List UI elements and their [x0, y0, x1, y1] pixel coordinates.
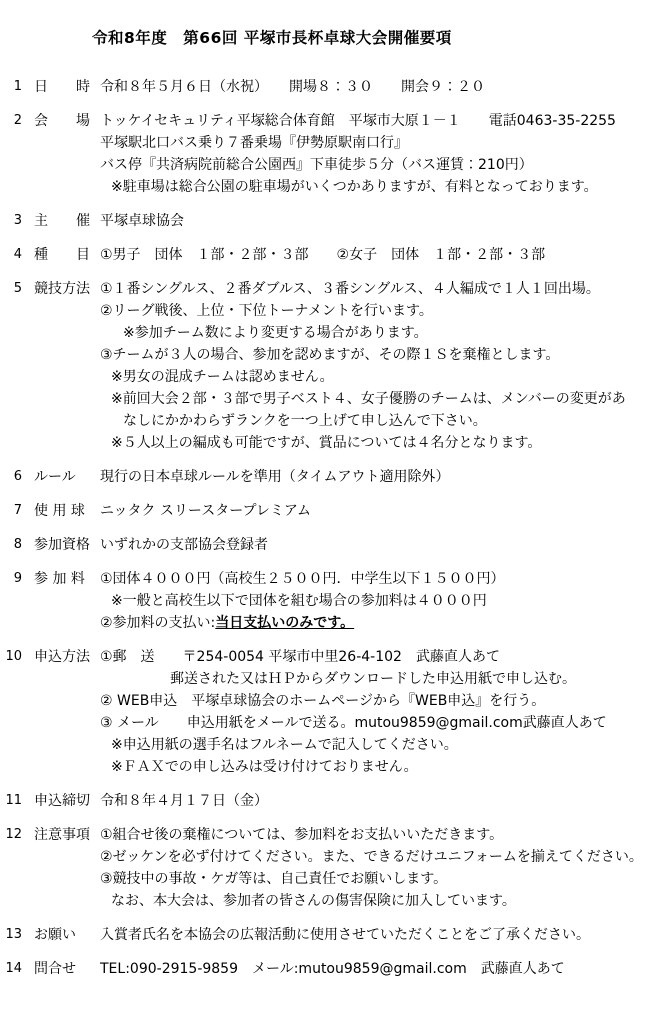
item-competition-method: 5 競技方法 ①１番シングルス、２番ダブルス、３番シングルス、４人編成で１人１回… [0, 278, 671, 454]
item-line: ※ＦＡＸでの申し込みは受け付けておりません。 [100, 756, 671, 778]
item-content: 令和８年４月１７日（金） [100, 790, 671, 812]
item-application-deadline: 11 申込締切 令和８年４月１７日（金） [0, 790, 671, 812]
item-line: ② WEB申込 平塚卓球協会のホームページから『WEB申込』を行う。 [100, 690, 671, 712]
item-line: ※申込用紙の選手名はフルネームで記入してください。 [100, 734, 671, 756]
item-line: 郵送された又はＨＰからダウンロードした申込用紙で申し込む。 [100, 668, 671, 690]
item-line: ①組合せ後の棄権については、参加料をお支払いいただきます。 [100, 824, 671, 846]
item-line: なお、本大会は、参加者の皆さんの傷害保険に加入しています。 [100, 890, 671, 912]
item-content: ①組合せ後の棄権については、参加料をお支払いいただきます。 ②ゼッケンを必ず付け… [100, 824, 671, 912]
item-content: 令和８年５月６日（水祝） 開場８：３０ 開会９：２０ [100, 76, 671, 98]
item-request: 13 お願い 入賞者氏名を本協会の広報活動に使用させていただくことをご了承くださ… [0, 924, 671, 946]
item-number: 10 [0, 646, 22, 668]
item-line: ①郵 送 〒254-0054 平塚市中里26-4-102 武藤直人あて [100, 646, 671, 668]
item-line: 入賞者氏名を本協会の広報活動に使用させていただくことをご了承ください。 [100, 924, 671, 946]
item-events: 4 種 目 ①男子 団体 １部・２部・３部 ②女子 団体 １部・２部・３部 [0, 244, 671, 266]
item-eligibility: 8 参加資格 いずれかの支部協会登録者 [0, 534, 671, 556]
item-content: いずれかの支部協会登録者 [100, 534, 671, 556]
item-number: 13 [0, 924, 22, 946]
item-label: 申込方法 [34, 646, 98, 668]
item-number: 14 [0, 958, 22, 980]
item-entry-fee: 9 参 加 料 ①団体４０００円（高校生２５００円．中学生以下１５００円） ※一… [0, 568, 671, 634]
item-number: 2 [0, 110, 22, 132]
item-line: バス停『共済病院前総合公園西』下車徒歩５分（バス運賃：210円） [100, 154, 671, 176]
payment-label: ②参加料の支払い: [100, 615, 215, 631]
item-content: 平塚卓球協会 [100, 210, 671, 232]
item-label: 問合せ [34, 958, 98, 980]
item-line: 平塚卓球協会 [100, 210, 671, 232]
item-content: ①団体４０００円（高校生２５００円．中学生以下１５００円） ※一般と高校生以下で… [100, 568, 671, 634]
item-line: なしにかかわらずランクを一つ上げて申し込んで下さい。 [100, 410, 671, 432]
item-line: 現行の日本卓球ルールを準用（タイムアウト適用除外） [100, 466, 671, 488]
item-label: 種 目 [34, 244, 98, 266]
document-page: 令和8年度 第66回 平塚市長杯卓球大会開催要項 1 日 時 令和８年５月６日（… [0, 0, 671, 1024]
item-line: 令和８年４月１７日（金） [100, 790, 671, 812]
item-content: ニッタク スリースタープレミアム [100, 500, 671, 522]
item-venue: 2 会 場 トッケイセキュリティ平塚総合体育館 平塚市大原１－１ 電話0463-… [0, 110, 671, 198]
item-label: お願い [34, 924, 98, 946]
item-number: 5 [0, 278, 22, 300]
item-ball: 7 使 用 球 ニッタク スリースタープレミアム [0, 500, 671, 522]
item-datetime: 1 日 時 令和８年５月６日（水祝） 開場８：３０ 開会９：２０ [0, 76, 671, 98]
item-label: 会 場 [34, 110, 98, 132]
item-line: 令和８年５月６日（水祝） 開場８：３０ 開会９：２０ [100, 76, 671, 98]
item-line: ニッタク スリースタープレミアム [100, 500, 671, 522]
item-line: ※参加チーム数により変更する場合があります。 [100, 322, 671, 344]
item-content: TEL:090-2915-9859 メール:mutou9859@gmail.co… [100, 958, 671, 980]
item-line: ②参加料の支払い:当日支払いのみです。 [100, 612, 671, 634]
item-line: ①男子 団体 １部・２部・３部 ②女子 団体 １部・２部・３部 [100, 244, 671, 266]
item-line: ※一般と高校生以下で団体を組む場合の参加料は４０００円 [100, 590, 671, 612]
item-label: 使 用 球 [34, 500, 98, 522]
item-number: 7 [0, 500, 22, 522]
item-number: 1 [0, 76, 22, 98]
doc-title: 令和8年度 第66回 平塚市長杯卓球大会開催要項 [0, 26, 671, 48]
item-content: トッケイセキュリティ平塚総合体育館 平塚市大原１－１ 電話0463-35-225… [100, 110, 671, 198]
item-line: ①団体４０００円（高校生２５００円．中学生以下１５００円） [100, 568, 671, 590]
item-line: ③チームが３人の場合、参加を認めますが、その際１Ｓを棄権とします。 [100, 344, 671, 366]
item-number: 3 [0, 210, 22, 232]
payment-emphasis: 当日支払いのみです。 [215, 615, 354, 631]
item-line: ③ メール 申込用紙をメールで送る。mutou9859@gmail.com武藤直… [100, 712, 671, 734]
item-number: 11 [0, 790, 22, 812]
item-number: 9 [0, 568, 22, 590]
item-line: ①１番シングルス、２番ダブルス、３番シングルス、４人編成で１人１回出場。 [100, 278, 671, 300]
item-line: TEL:090-2915-9859 メール:mutou9859@gmail.co… [100, 958, 671, 980]
item-application-method: 10 申込方法 ①郵 送 〒254-0054 平塚市中里26-4-102 武藤直… [0, 646, 671, 778]
item-line: トッケイセキュリティ平塚総合体育館 平塚市大原１－１ 電話0463-35-225… [100, 110, 671, 132]
item-number: 4 [0, 244, 22, 266]
item-label: 申込締切 [34, 790, 98, 812]
item-line: ②リーグ戦後、上位・下位トーナメントを行います。 [100, 300, 671, 322]
item-number: 12 [0, 824, 22, 846]
item-line: ※前回大会２部・３部で男子ベスト４、女子優勝のチームは、メンバーの変更があ [100, 388, 671, 410]
item-line: ※男女の混成チームは認めません。 [100, 366, 671, 388]
item-line: ※５人以上の編成も可能ですが、賞品については４名分となります。 [100, 432, 671, 454]
item-content: ①郵 送 〒254-0054 平塚市中里26-4-102 武藤直人あて 郵送され… [100, 646, 671, 778]
item-label: 参 加 料 [34, 568, 98, 590]
item-line: ②ゼッケンを必ず付けてください。また、できるだけユニフォームを揃えてください。 [100, 846, 671, 868]
item-organizer: 3 主 催 平塚卓球協会 [0, 210, 671, 232]
item-label: 主 催 [34, 210, 98, 232]
item-line: ③競技中の事故・ケガ等は、自己責任でお願いします。 [100, 868, 671, 890]
item-content: 入賞者氏名を本協会の広報活動に使用させていただくことをご了承ください。 [100, 924, 671, 946]
item-label: ルール [34, 466, 98, 488]
item-line: いずれかの支部協会登録者 [100, 534, 671, 556]
item-line: ※駐車場は総合公園の駐車場がいくつかありますが、有料となっております。 [100, 176, 671, 198]
item-label: 注意事項 [34, 824, 98, 846]
item-content: ①１番シングルス、２番ダブルス、３番シングルス、４人編成で１人１回出場。 ②リー… [100, 278, 671, 454]
item-notes: 12 注意事項 ①組合せ後の棄権については、参加料をお支払いいただきます。 ②ゼ… [0, 824, 671, 912]
item-rules: 6 ルール 現行の日本卓球ルールを準用（タイムアウト適用除外） [0, 466, 671, 488]
item-number: 8 [0, 534, 22, 556]
item-contact: 14 問合せ TEL:090-2915-9859 メール:mutou9859@g… [0, 958, 671, 980]
item-content: 現行の日本卓球ルールを準用（タイムアウト適用除外） [100, 466, 671, 488]
item-label: 参加資格 [34, 534, 98, 556]
item-label: 日 時 [34, 76, 98, 98]
item-number: 6 [0, 466, 22, 488]
item-label: 競技方法 [34, 278, 98, 300]
item-content: ①男子 団体 １部・２部・３部 ②女子 団体 １部・２部・３部 [100, 244, 671, 266]
item-line: 平塚駅北口バス乗り７番乗場『伊勢原駅南口行』 [100, 132, 671, 154]
